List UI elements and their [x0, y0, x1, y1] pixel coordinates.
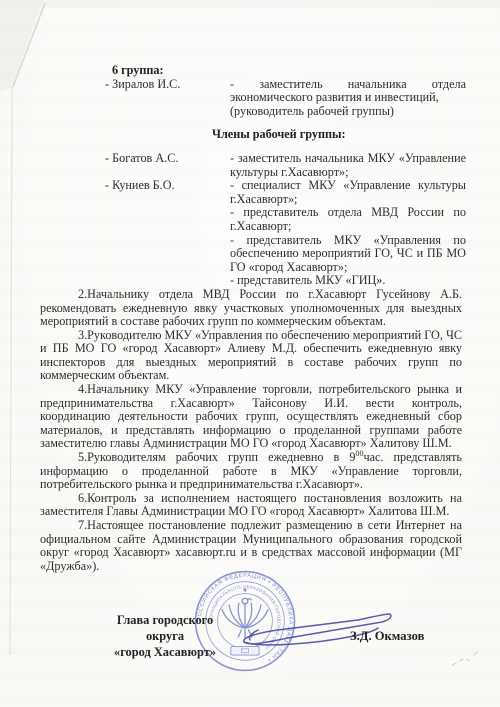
signatory-title-line2: «город Хасавюрт»: [98, 644, 232, 660]
member-roles: - специалист МКУ «Управление культуры г.…: [230, 179, 466, 288]
paragraph-4: 4.Начальнику МКУ «Управление торговли, п…: [40, 383, 462, 451]
member-role: - представитель отдела МВД России по г.Х…: [230, 206, 466, 233]
paragraph-3: 3.Руководителю МКУ «Управления по обеспе…: [40, 329, 462, 383]
paragraph-7: 7.Настоящее постановление подлежит разме…: [40, 519, 462, 573]
member-row: - Богатов А.С. - заместитель начальника …: [40, 152, 462, 179]
member-role: - заместитель начальника МКУ «Управление…: [230, 152, 466, 179]
leader-role: - заместитель начальника отдела экономич…: [230, 78, 466, 119]
signatory-name: З.Д. Окмазов: [350, 629, 424, 644]
resolution-paragraphs: 2.Начальнику отдела МВД России по г.Хаса…: [40, 288, 462, 573]
member-name: - Богатов А.С.: [105, 152, 230, 166]
member-row: - Куниев Б.О. - специалист МКУ «Управлен…: [40, 179, 462, 288]
document-body: 6 группа: - Зиралов И.С. - заместитель н…: [40, 64, 462, 573]
signatory-title-line1: Глава городского округа: [98, 612, 232, 644]
leader-role-text: - заместитель начальника отдела экономич…: [230, 78, 466, 105]
member-role: - специалист МКУ «Управление культуры г.…: [230, 179, 466, 206]
group6-leader-row: - Зиралов И.С. - заместитель начальника …: [40, 78, 462, 119]
member-roles: - заместитель начальника МКУ «Управление…: [230, 152, 466, 179]
paragraph-6: 6.Контроль за исполнением настоящего пос…: [40, 492, 462, 519]
signatory-title: Глава городского округа «город Хасавюрт»: [98, 612, 232, 660]
members-heading: Члены рабочей группы:: [212, 128, 462, 142]
member-role: - представитель МКУ «Управления по обесп…: [230, 234, 466, 275]
scanned-document-page: 6 группа: - Зиралов И.С. - заместитель н…: [0, 0, 500, 707]
leader-name: - Зиралов И.С.: [105, 78, 230, 92]
leader-role-note: (руководитель рабочей группы): [230, 105, 466, 119]
paragraph-5-text: 5.Руководителям рабочих групп ежедневно …: [78, 450, 355, 464]
member-role: - представитель МКУ «ГИЦ».: [230, 274, 466, 288]
paragraph-2: 2.Начальнику отдела МВД России по г.Хаса…: [40, 288, 462, 329]
group6-title: 6 группа:: [112, 64, 462, 78]
paragraph-5: 5.Руководителям рабочих групп ежедневно …: [40, 451, 462, 492]
member-name: - Куниев Б.О.: [105, 179, 230, 193]
pencil-mark-artifact: [440, 645, 495, 675]
